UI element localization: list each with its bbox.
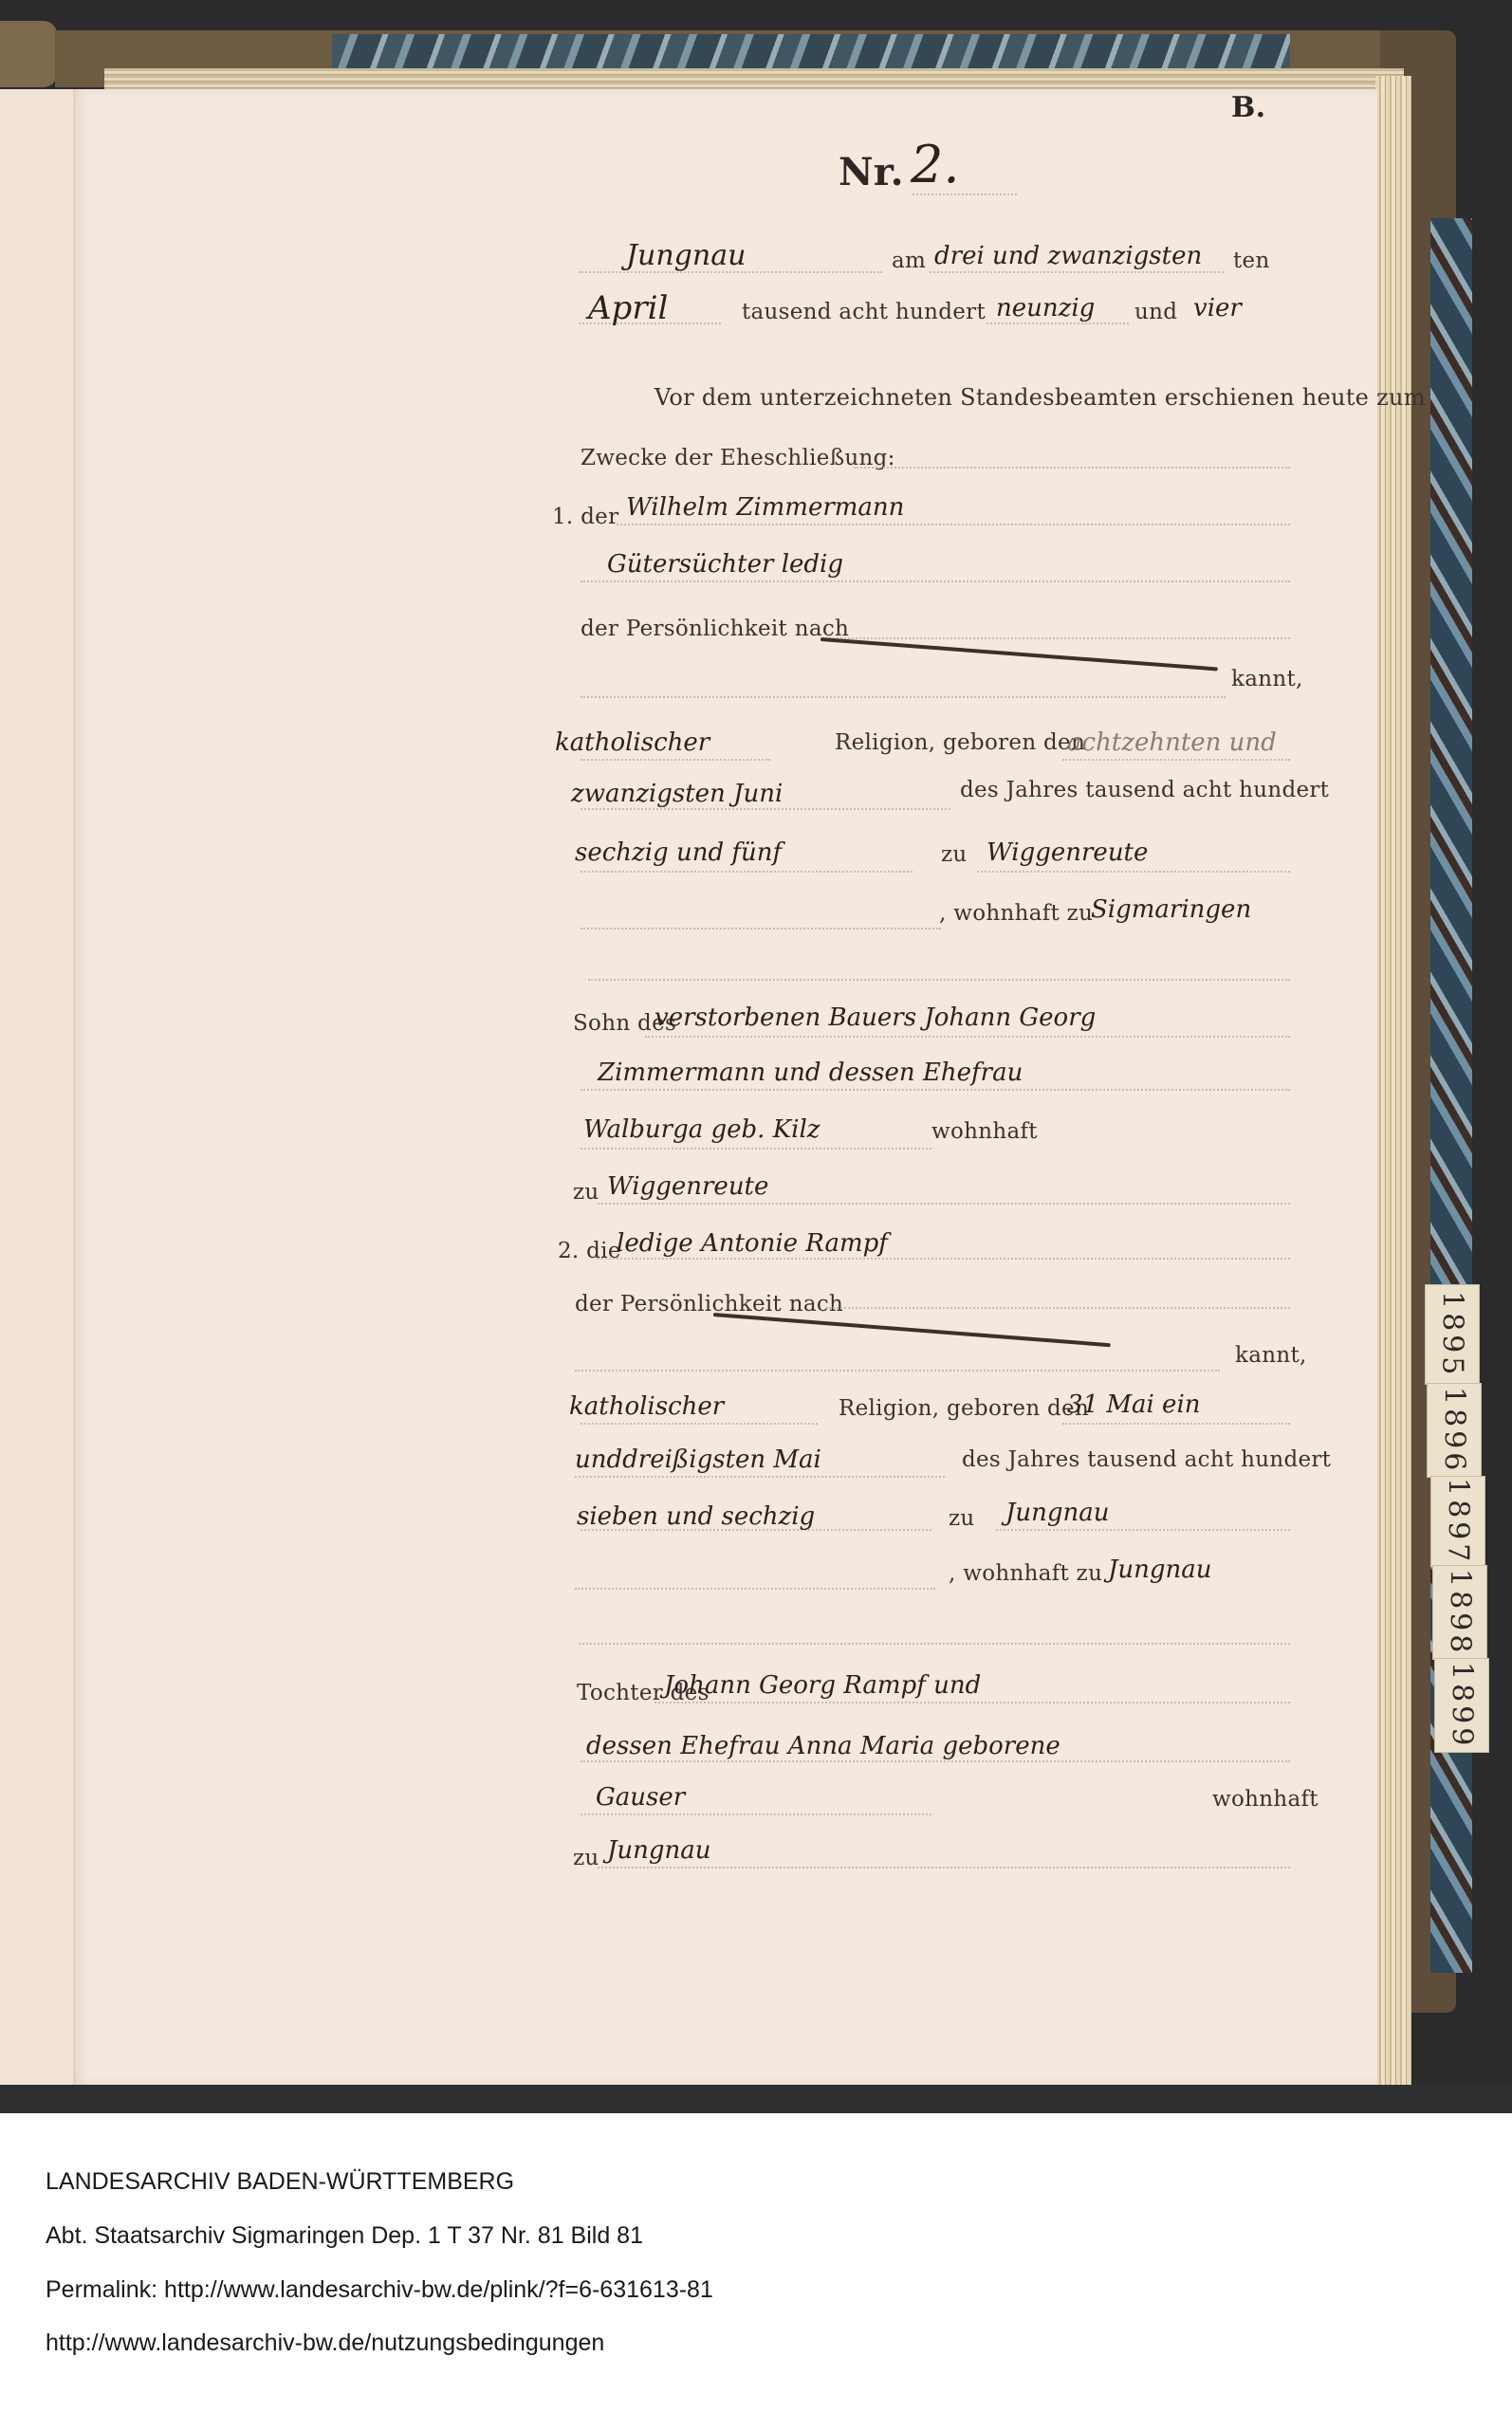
dotted-line: [598, 1258, 1290, 1260]
party1-label: 1. der: [552, 505, 618, 529]
dotted-line: [575, 1588, 935, 1590]
dotted-line: [575, 1476, 945, 1478]
dotted-line: [581, 1423, 818, 1425]
footer-archive: LANDESARCHIV BADEN-WÜRTTEMBERG: [46, 2168, 514, 2196]
gutter: [73, 89, 76, 2087]
party2-birth-day: 31 Mai ein: [1067, 1390, 1201, 1419]
party1-parents-line1: verstorbenen Bauers Johann Georg: [655, 1003, 1096, 1032]
binding-leather-left: [0, 21, 57, 87]
party1-parents-residence: Wiggenreute: [607, 1172, 768, 1201]
register-letter: B.: [1231, 91, 1265, 124]
book-scan: 1895 1896 1897 1898 1899 B. Nr. 2. Jungn…: [0, 0, 1512, 2113]
party2-residence-label: , wohnhaft zu: [949, 1561, 1102, 1586]
party1-identity-label: der Persönlichkeit nach: [581, 617, 849, 641]
dotted-line: [1062, 759, 1290, 761]
party2-parents-residence-label: wohnhaft: [1212, 1787, 1318, 1812]
party1-parents-residence-label: wohnhaft: [931, 1119, 1038, 1144]
dotted-line: [581, 1089, 1290, 1091]
dotted-line: [579, 1643, 1290, 1645]
party1-parents-line3: Walburga geb. Kilz: [583, 1115, 820, 1144]
party1-religion: katholischer: [555, 728, 710, 757]
footer-terms-link[interactable]: http://www.landesarchiv-bw.de/nutzungsbe…: [46, 2329, 604, 2357]
party1-zu: zu: [941, 842, 968, 867]
party1-religion-label: Religion, geboren den: [835, 730, 1085, 755]
dotted-line: [575, 1370, 1220, 1372]
dotted-line: [825, 637, 1290, 639]
dotted-line: [913, 193, 1017, 195]
dotted-line: [645, 1036, 1290, 1038]
party2-kannt: kannt,: [1235, 1343, 1307, 1368]
footer-permalink[interactable]: Permalink: http://www.landesarchiv-bw.de…: [46, 2276, 713, 2304]
party2-religion-label: Religion, geboren den: [839, 1396, 1089, 1421]
party2-birth-place: Jungnau: [1005, 1499, 1110, 1527]
printed-year-text: tausend acht hundert: [742, 300, 986, 324]
scan-bottom-band: [0, 2085, 1512, 2113]
year-unit-field: vier: [1193, 294, 1242, 322]
year-tab[interactable]: 1899: [1434, 1658, 1489, 1753]
party2-year-label: des Jahres tausend acht hundert: [962, 1447, 1331, 1472]
left-page: [0, 89, 76, 2087]
party1-name: Wilhelm Zimmermann: [626, 493, 904, 522]
page-edges-top: [104, 68, 1404, 89]
dotted-line: [825, 1307, 1290, 1309]
dotted-line: [996, 1529, 1290, 1531]
entry-number-label: Nr.: [839, 150, 904, 194]
dotted-line: [581, 580, 1290, 582]
party1-birth-day-cont: zwanzigsten Juni: [571, 780, 783, 808]
page-edges-right: [1375, 76, 1411, 2087]
party2-birth-day-cont: unddreißigsten Mai: [575, 1445, 821, 1474]
dotted-line: [581, 808, 950, 810]
party2-parents-zu: zu: [573, 1846, 599, 1870]
dotted-line: [617, 524, 1290, 525]
party2-parents-line2: dessen Ehefrau Anna Maria geborene: [586, 1732, 1060, 1760]
dotted-line: [581, 1814, 931, 1815]
footer-reference: Abt. Staatsarchiv Sigmaringen Dep. 1 T 3…: [46, 2222, 643, 2250]
am-label: am: [892, 249, 926, 273]
ten-label: ten: [1233, 249, 1270, 273]
party1-birth-year: sechzig und fünf: [575, 838, 782, 867]
dotted-line: [581, 1760, 1290, 1762]
dotted-line: [1062, 1423, 1290, 1425]
party1-residence-label: , wohnhaft zu: [939, 901, 1093, 926]
und-label: und: [1134, 300, 1177, 324]
party1-parents-line2: Zimmermann und dessen Ehefrau: [598, 1059, 1023, 1087]
dotted-line: [598, 1867, 1290, 1869]
party2-residence: Jungnau: [1108, 1556, 1212, 1584]
dotted-line: [598, 1203, 1290, 1205]
party1-kannt: kannt,: [1231, 667, 1303, 691]
dotted-line: [581, 759, 770, 761]
party2-parents-residence: Jungnau: [607, 1836, 711, 1865]
dotted-line: [977, 871, 1290, 873]
party2-religion: katholischer: [569, 1392, 724, 1421]
dotted-line: [581, 696, 1226, 698]
month-field: April: [588, 289, 668, 327]
dotted-line: [930, 271, 1224, 273]
dotted-line: [581, 871, 913, 873]
party1-parents-zu: zu: [573, 1180, 599, 1205]
dotted-line: [581, 1148, 931, 1150]
party2-identity-label: der Persönlichkeit nach: [575, 1292, 843, 1316]
party2-parents-line3: Gauser: [596, 1783, 685, 1812]
intro-text: Vor dem unterzeichneten Standesbeamten e…: [655, 384, 1426, 411]
entry-number: 2.: [911, 135, 960, 194]
party1-year-label: des Jahres tausend acht hundert: [960, 778, 1329, 802]
year-tab[interactable]: 1895: [1425, 1284, 1480, 1385]
party1-occupation: Gütersüchter ledig: [607, 550, 843, 579]
year-tab[interactable]: 1896: [1427, 1383, 1482, 1478]
year-tab[interactable]: 1897: [1430, 1476, 1485, 1567]
day-field: drei und zwanzigsten: [934, 242, 1202, 270]
party1-birth-day: achtzehnten und: [1067, 728, 1277, 757]
party1-birth-place: Wiggenreute: [986, 838, 1148, 867]
place-field: Jungnau: [626, 239, 746, 272]
year-decade-field: neunzig: [996, 294, 1095, 322]
party1-residence: Sigmaringen: [1091, 895, 1251, 924]
dotted-line: [581, 928, 941, 930]
party2-name: ledige Antonie Rampf: [617, 1229, 888, 1258]
year-tab[interactable]: 1898: [1432, 1565, 1487, 1660]
party2-zu: zu: [949, 1506, 975, 1531]
dotted-line: [655, 1702, 1290, 1703]
party2-label: 2. die: [558, 1239, 621, 1263]
dotted-line: [854, 467, 1290, 469]
dotted-line: [986, 322, 1129, 324]
party2-parents-line1: Johann Georg Rampf und: [664, 1671, 981, 1700]
purpose-text: Zwecke der Eheschließung:: [581, 446, 895, 470]
party2-birth-year: sieben und sechzig: [577, 1502, 815, 1531]
dotted-line: [588, 979, 1290, 981]
